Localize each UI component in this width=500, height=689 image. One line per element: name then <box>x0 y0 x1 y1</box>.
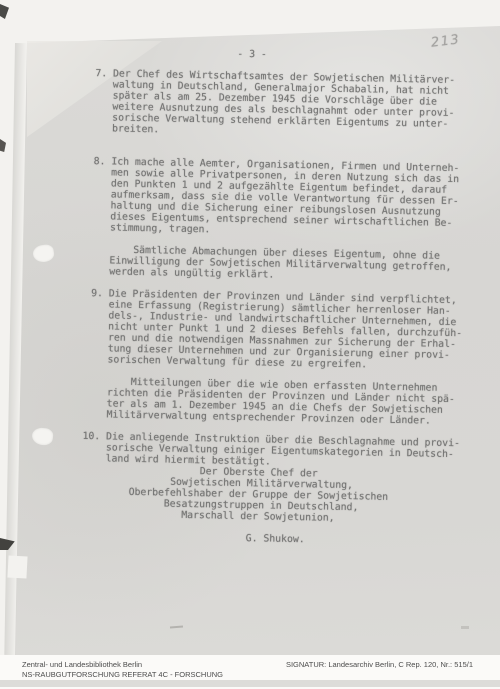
library-attribution: Zentral- und Landesbibliothek Berlin NS-… <box>22 660 223 679</box>
library-name: Zentral- und Landesbibliothek Berlin <box>22 660 223 670</box>
signature-reference: SIGNATUR: Landesarchiv Berlin, C Rep. 12… <box>286 660 473 670</box>
signature-name: G. Shukow. <box>80 530 480 549</box>
paper-edge-notch <box>7 556 27 579</box>
scan-artifact-speck <box>0 139 6 152</box>
scan-artifact-speck <box>0 4 9 19</box>
footer-gray-strip <box>0 680 500 687</box>
paragraph-9: 9. Die Präsidenten der Provinzen und Län… <box>84 288 485 373</box>
research-department: NS-RAUBGUTFORSCHUNG REFERAT 4C - FORSCHU… <box>22 670 223 680</box>
typed-line: G. Shukow. <box>80 530 480 549</box>
signature-block: Der Oberste Chef der Sowjetischen Militä… <box>81 464 482 527</box>
scanned-document-page: { "scan": { "folio_annotation": "213" },… <box>0 0 500 689</box>
scan-artifact-speck <box>461 626 469 629</box>
paragraph-8-addendum: Sämtliche Abmachungen über dieses Eigent… <box>86 244 487 285</box>
paragraph-7: 7. Der Chef des Wirtschaftsamtes der Sow… <box>88 68 489 142</box>
paragraph-8: 8. Ich mache alle Aemter, Organisationen… <box>86 156 487 241</box>
typed-text-layer: - 3 - 7. Der Chef des Wirtschaftsamtes d… <box>80 46 490 560</box>
archive-footer: Zentral- und Landesbibliothek Berlin NS-… <box>0 655 500 689</box>
paragraph-9-addendum: Mitteilungen über die wie oben erfassten… <box>83 376 484 428</box>
